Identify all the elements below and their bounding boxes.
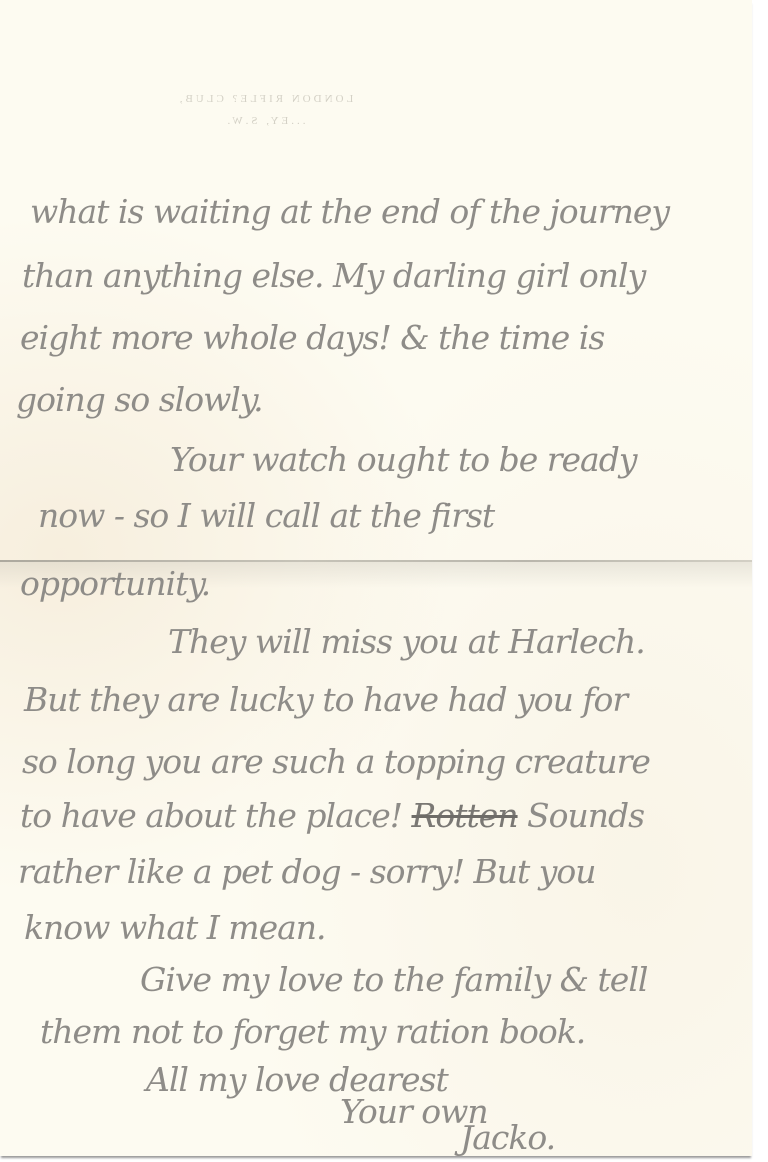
- letter-line-15: them not to forget my ration book.: [40, 1012, 585, 1051]
- letter-line-7: opportunity.: [20, 564, 210, 603]
- letterhead-showthrough: LONDON RIFLE? CLUB, ...EY, S.W.: [100, 88, 430, 132]
- struck-out-word: Rotten: [412, 796, 518, 835]
- letter-line-9: But they are lucky to have had you for: [24, 680, 627, 719]
- letter-line-6: now - so I will call at the first: [38, 496, 494, 535]
- letter-line-11-end: Sounds: [518, 796, 645, 835]
- letter-line-1: what is waiting at the end of the journe…: [30, 192, 669, 231]
- letter-line-12: rather like a pet dog - sorry! But you: [18, 852, 595, 891]
- letterhead-line-1: LONDON RIFLE? CLUB,: [100, 88, 430, 110]
- letter-line-3: eight more whole days! & the time is: [20, 318, 604, 357]
- letter-line-4: going so slowly.: [16, 380, 263, 419]
- letter-line-13: know what I mean.: [24, 908, 326, 947]
- letter-line-2: than anything else. My darling girl only: [22, 256, 645, 295]
- scanned-letter: LONDON RIFLE? CLUB, ...EY, S.W. what is …: [0, 0, 768, 1162]
- letter-line-11-start: to have about the place!: [20, 796, 412, 835]
- letter-line-11: to have about the place! Rotten Sounds: [20, 796, 644, 835]
- letter-signature: Jacko.: [460, 1118, 555, 1157]
- letter-paper: LONDON RIFLE? CLUB, ...EY, S.W. what is …: [0, 0, 752, 1156]
- letter-line-5: Your watch ought to be ready: [170, 440, 636, 479]
- letter-line-14: Give my love to the family & tell: [140, 960, 647, 999]
- letter-line-10: so long you are such a topping creature: [22, 742, 650, 781]
- letter-line-8: They will miss you at Harlech.: [168, 622, 645, 661]
- letterhead-line-2: ...EY, S.W.: [100, 110, 430, 132]
